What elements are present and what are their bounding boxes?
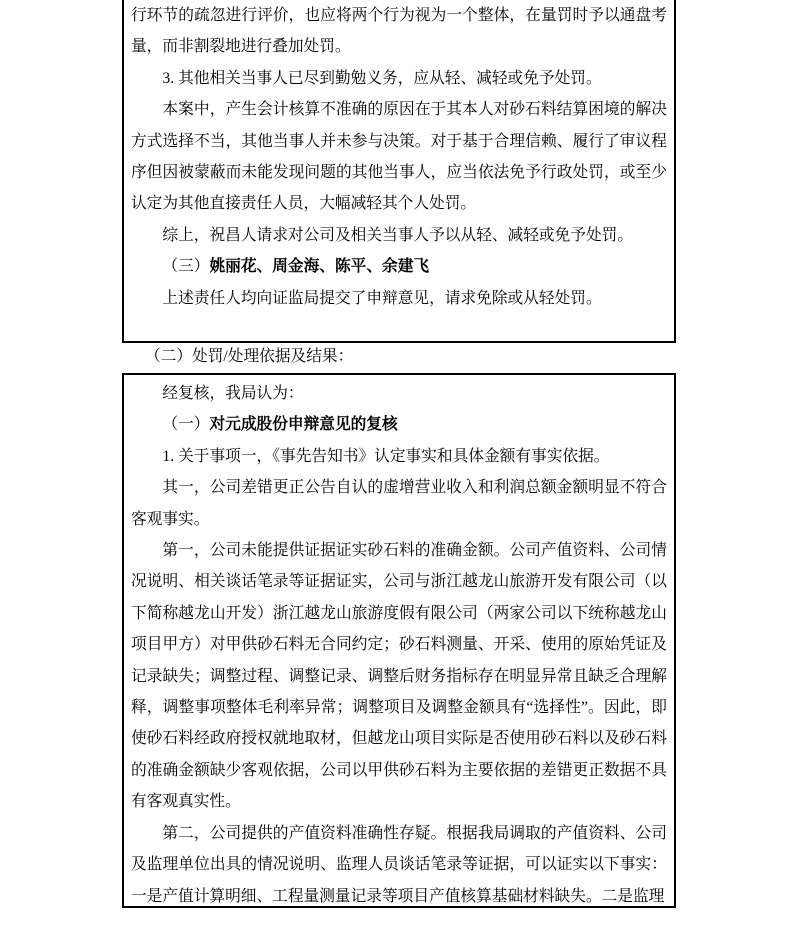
paragraph-review-intro: 经复核，我局认为： [131,378,667,409]
paragraph-matter-one: 1. 关于事项一，《事先告知书》认定事实和具体金额有事实依据。 [131,441,667,472]
section-two-label: （二）处罚/处理依据及结果： [145,348,353,366]
heading-section-one-number: （一） [162,416,209,433]
heading-section-one: （一）对元成股份申辩意见的复核 [131,409,667,440]
paragraph-evidence-detail: 第一，公司未能提供证据证实砂石料的准确金额。公司产值资料、公司情况说明、相关谈话… [131,535,667,818]
lower-text-box: 经复核，我局认为： （一）对元成股份申辩意见的复核 1. 关于事项一，《事先告知… [122,373,676,908]
heading-section-three-names: 姚丽花、周金海、陈平、余建飞 [209,258,429,275]
heading-section-three-number: （三） [162,258,209,275]
paragraph-case-analysis: 本案中，产生会计核算不准确的原因在于其本人对砂石料结算困境的解决方式选择不当，其… [131,94,667,220]
paragraph-summary-request: 综上，祝昌人请求对公司及相关当事人予以从轻、减轻或免予处罚。 [131,220,667,251]
paragraph-first-point: 其一，公司差错更正公告自认的虚增营业收入和利润总额金额明显不符合客观事实。 [131,472,667,535]
paragraph-second-point: 第二，公司提供的产值资料准确性存疑。根据我局调取的产值资料、公司及监理单位出具的… [131,818,667,908]
heading-section-three: （三）姚丽花、周金海、陈平、余建飞 [131,251,667,282]
document-page: 行环节的疏忽进行评价，也应将两个行为视为一个整体，在量罚时予以通盘考量，而非割裂… [0,0,789,925]
paragraph-continuation: 行环节的疏忽进行评价，也应将两个行为视为一个整体，在量罚时予以通盘考量，而非割裂… [131,0,667,63]
paragraph-statement-submitted: 上述责任人均向证监局提交了申辩意见，请求免除或从轻处罚。 [131,283,667,314]
heading-section-one-title: 对元成股份申辩意见的复核 [209,416,397,433]
paragraph-item-3: 3. 其他相关当事人已尽到勤勉义务，应从轻、减轻或免予处罚。 [131,63,667,94]
upper-text-box: 行环节的疏忽进行评价，也应将两个行为视为一个整体，在量罚时予以通盘考量，而非割裂… [122,0,676,343]
